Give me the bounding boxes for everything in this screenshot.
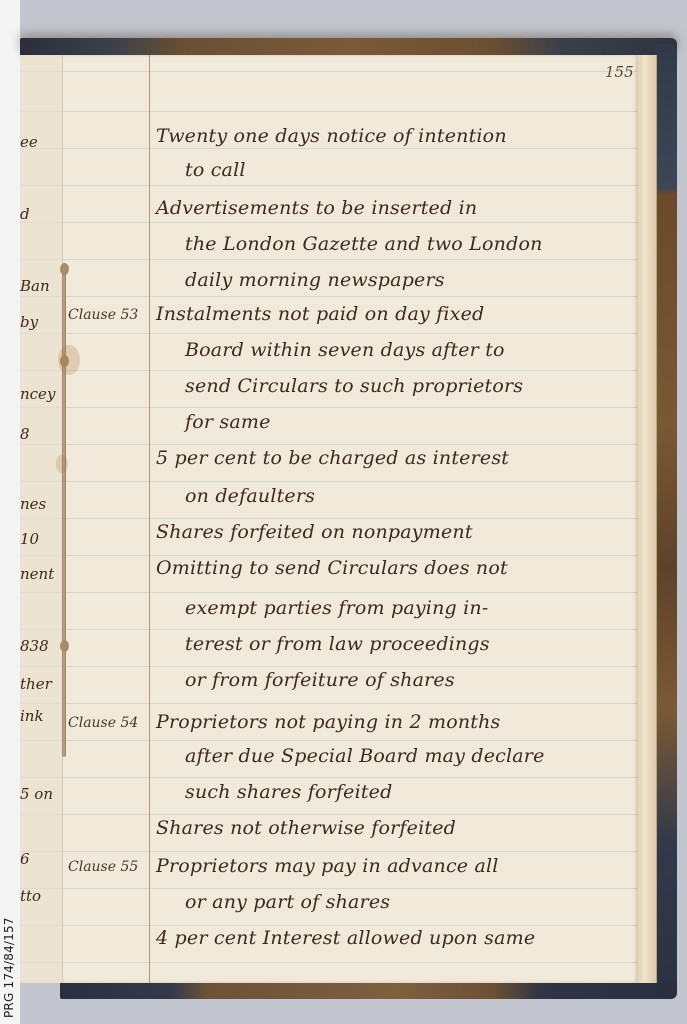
ledger-entry-line: on defaulters: [185, 485, 315, 507]
book-cover-bottom-edge: [60, 983, 677, 999]
clause-label: Clause 55: [68, 859, 138, 875]
left-page-fragment: Ban: [20, 277, 50, 295]
left-page-fragment: ther: [20, 675, 52, 693]
paper-stain: [56, 455, 68, 473]
ledger-entry-line: exempt parties from paying in-: [185, 597, 488, 619]
ledger-entry-line: Board within seven days after to: [185, 339, 505, 361]
left-page-fragment: 5 on: [20, 785, 53, 803]
left-page-fragment: nent: [20, 565, 54, 583]
left-page-fragment: tto: [20, 887, 41, 905]
margin-rule: [149, 55, 150, 983]
left-page-fragment: 10: [20, 530, 39, 548]
left-page-fragment: ncey: [20, 385, 55, 403]
left-page-fragment: 838: [20, 637, 49, 655]
paper-stain: [58, 345, 80, 375]
ledger-entry-line: Shares not otherwise forfeited: [156, 817, 456, 839]
thread-knot: [60, 263, 69, 275]
ledger-entry-line: Instalments not paid on day fixed: [156, 303, 484, 325]
ledger-entry-line: Twenty one days notice of intention: [156, 125, 507, 147]
ledger-entry-line: Shares forfeited on nonpayment: [156, 521, 473, 543]
ledger-entry-line: or any part of shares: [185, 891, 390, 913]
left-page-fragment: 6: [20, 850, 30, 868]
left-page-fragment: nes: [20, 495, 46, 513]
ledger-entry-line: or from forfeiture of shares: [185, 669, 455, 691]
ledger-entry-line: such shares forfeited: [185, 781, 393, 803]
left-page-fragment: 8: [20, 425, 30, 443]
ledger-entry-line: after due Special Board may declare: [185, 745, 545, 767]
ledger-entry-line: for same: [185, 411, 271, 433]
left-page-fragment: d: [20, 205, 30, 223]
ledger-entry-line: daily morning newspapers: [185, 269, 445, 291]
ledger-entry-line: Advertisements to be inserted in: [156, 197, 477, 219]
ledger-entry-line: Proprietors not paying in 2 months: [156, 711, 501, 733]
ledger-entry-line: Proprietors may pay in advance all: [156, 855, 499, 877]
clause-label: Clause 53: [68, 307, 138, 323]
ledger-page: 155 eedBanbyncey8nes10nent838therink5 on…: [20, 55, 638, 983]
ledger-entry-line: 4 per cent Interest allowed upon same: [156, 927, 535, 949]
book-cover-spine-edge: [655, 44, 677, 994]
ledger-entry-line: the London Gazette and two London: [185, 233, 543, 255]
ledger-entry-line: terest or from law proceedings: [185, 633, 490, 655]
binding-thread: [62, 267, 66, 757]
book-cover-top-edge: [20, 38, 677, 55]
archive-reference-label: PRG 174/84/157: [0, 908, 18, 1018]
ledger-entry-line: Omitting to send Circulars does not: [156, 557, 508, 579]
left-page-fragment: by: [20, 313, 38, 331]
left-page-sliver: [20, 55, 63, 983]
left-page-fragment: ee: [20, 133, 38, 151]
ledger-entry-line: to call: [185, 159, 246, 181]
left-page-fragment: ink: [20, 707, 44, 725]
thread-knot: [60, 640, 69, 652]
archive-label-strip: PRG 174/84/157: [0, 0, 20, 1024]
ledger-entry-line: send Circulars to such proprietors: [185, 375, 523, 397]
ledger-entry-line: 5 per cent to be charged as interest: [156, 447, 509, 469]
page-number: 155: [605, 63, 634, 81]
clause-label: Clause 54: [68, 715, 138, 731]
